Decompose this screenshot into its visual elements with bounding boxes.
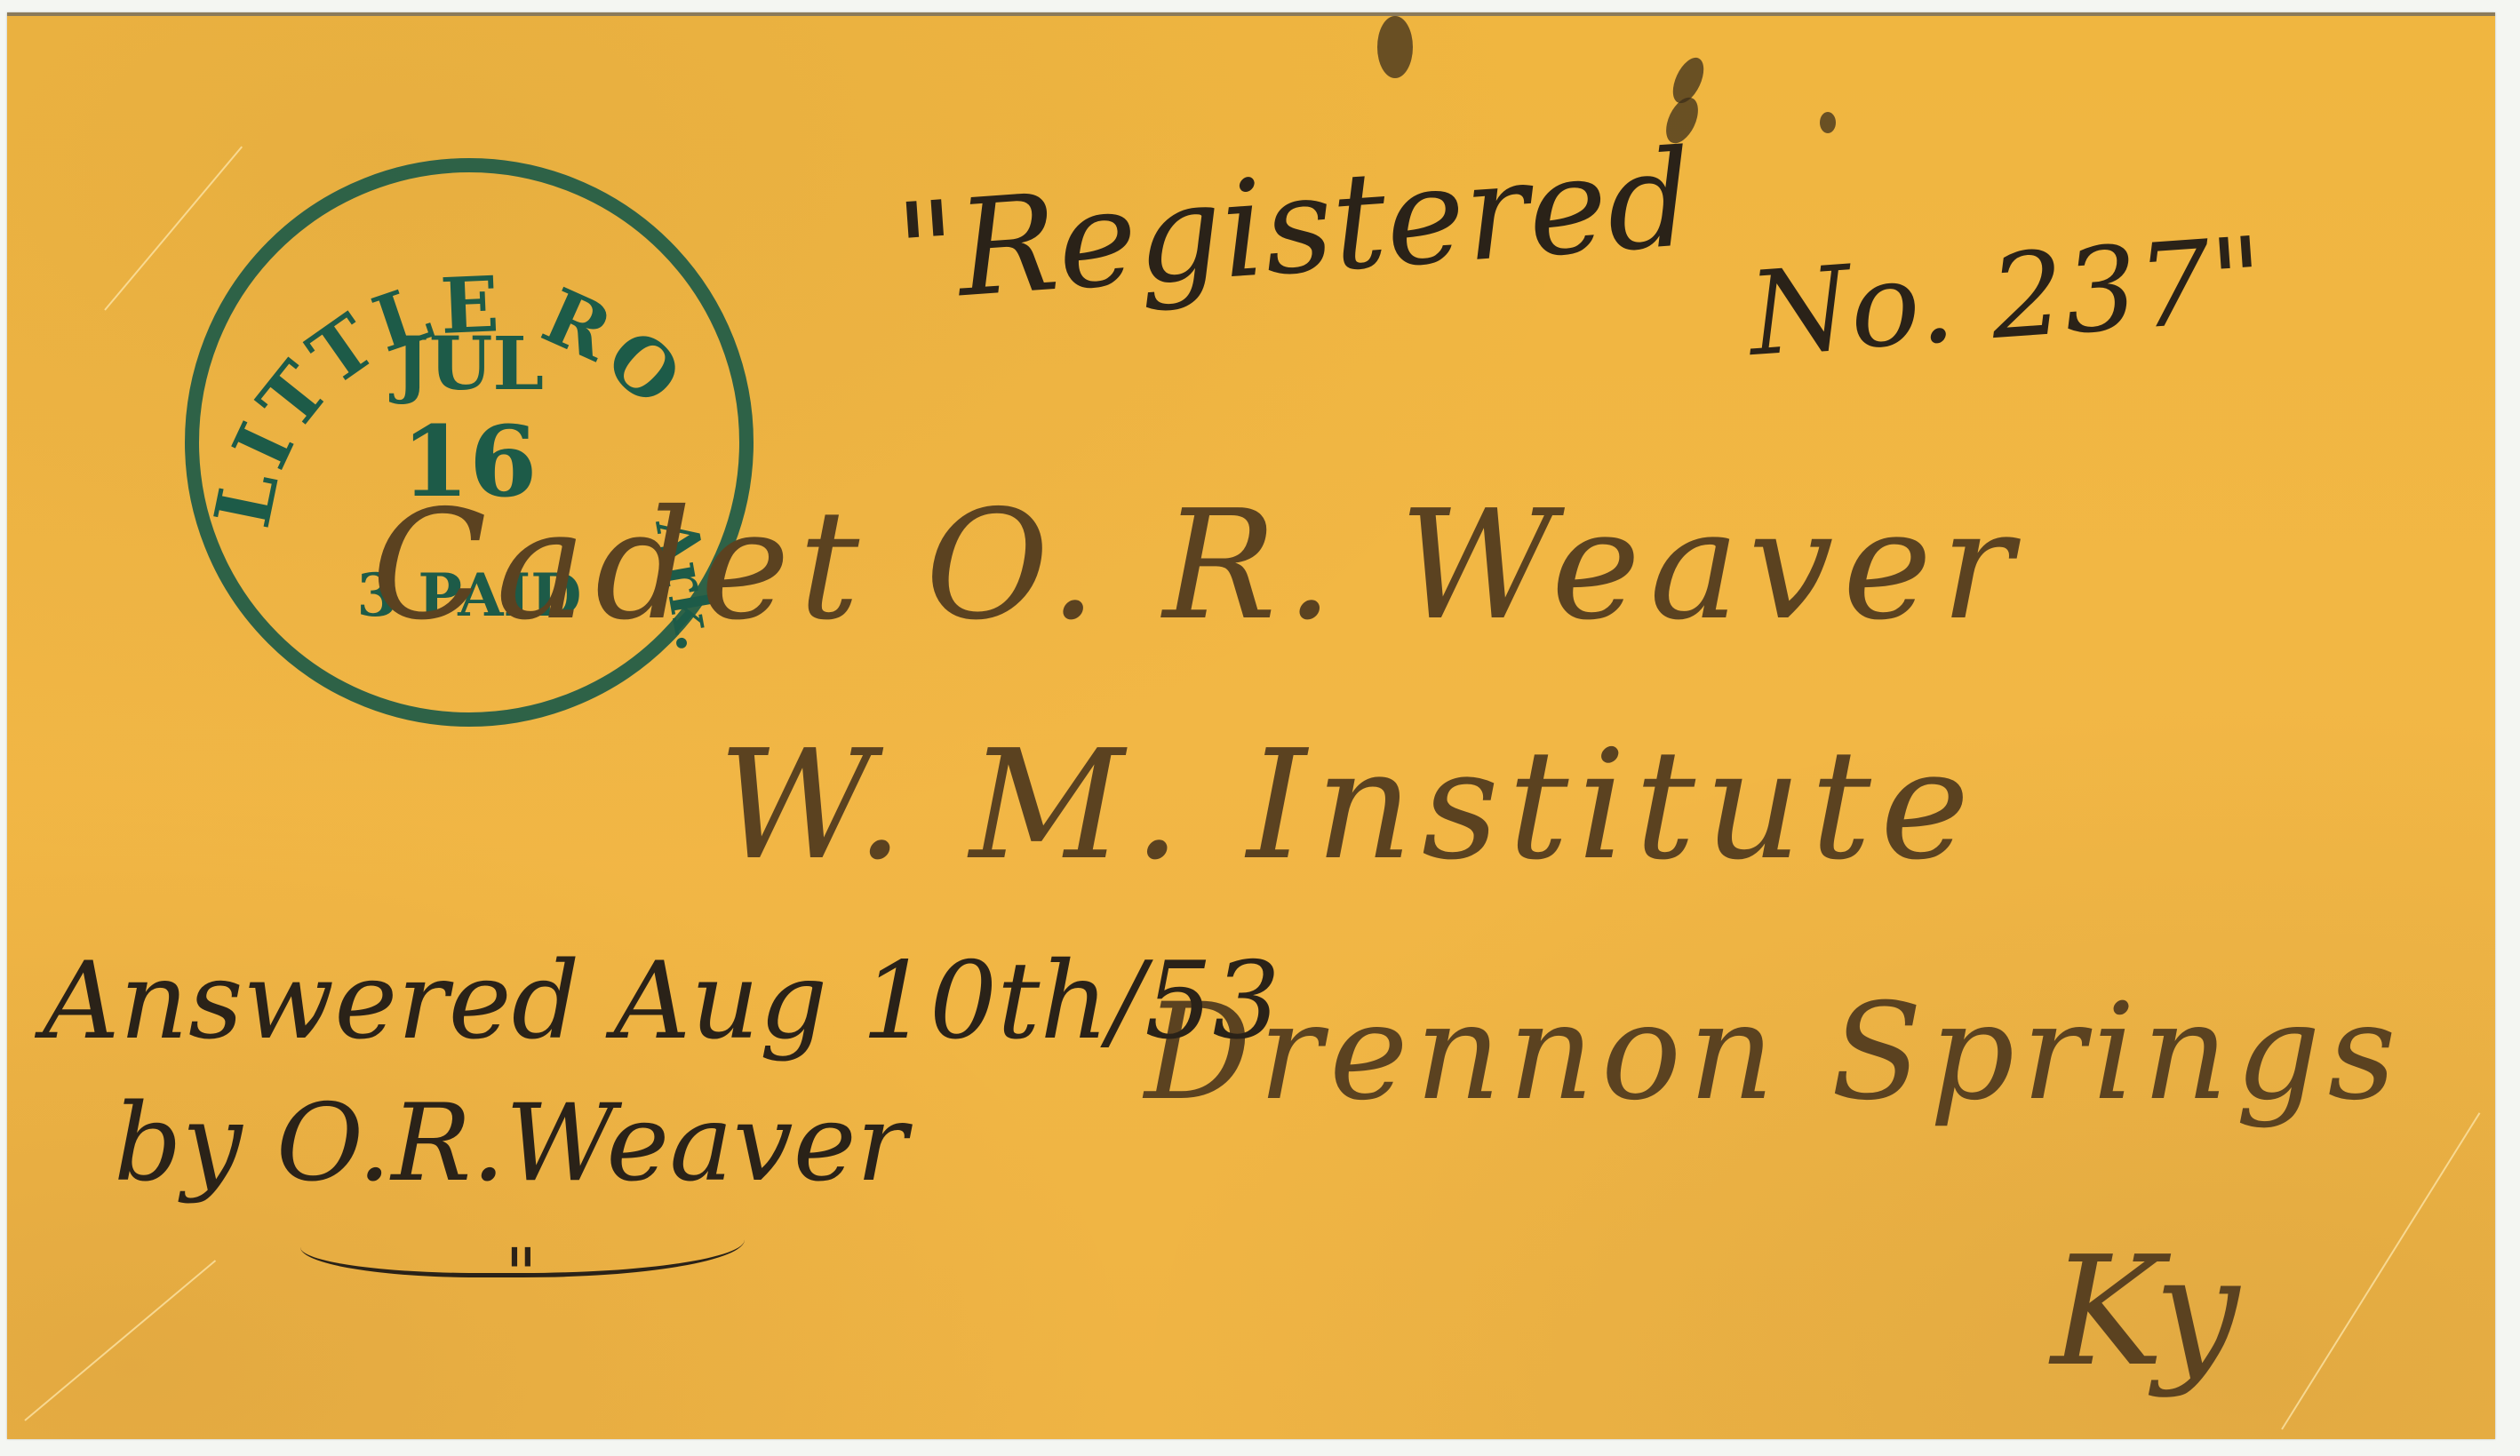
address-institution: W. M. Institute [718, 718, 1979, 894]
address-state: Ky [2051, 1224, 2239, 1400]
registered-endorsement: "Registered [891, 122, 1697, 331]
addressee-name: Cadet O. R. Weaver [371, 478, 2022, 654]
address-town: Drennon Springs [1144, 975, 2404, 1130]
fold-crease [24, 1260, 216, 1421]
docket-signature: by O.R.Weaver [114, 1082, 907, 1205]
registration-number: No. 237" [1744, 211, 2269, 382]
postmark-month: JUL [389, 322, 544, 407]
ink-blot [1377, 16, 1413, 78]
ditto-mark: " [505, 1233, 538, 1316]
envelope-cover: LITTLE ROCK JUL 16 Ark. 3 PAID "Register… [7, 12, 2495, 1439]
fold-crease [2281, 1112, 2480, 1429]
docket-answered: Answered Aug 10th/53 [43, 940, 1280, 1063]
ink-blot [1820, 112, 1836, 133]
ink-blot [1667, 53, 1711, 108]
